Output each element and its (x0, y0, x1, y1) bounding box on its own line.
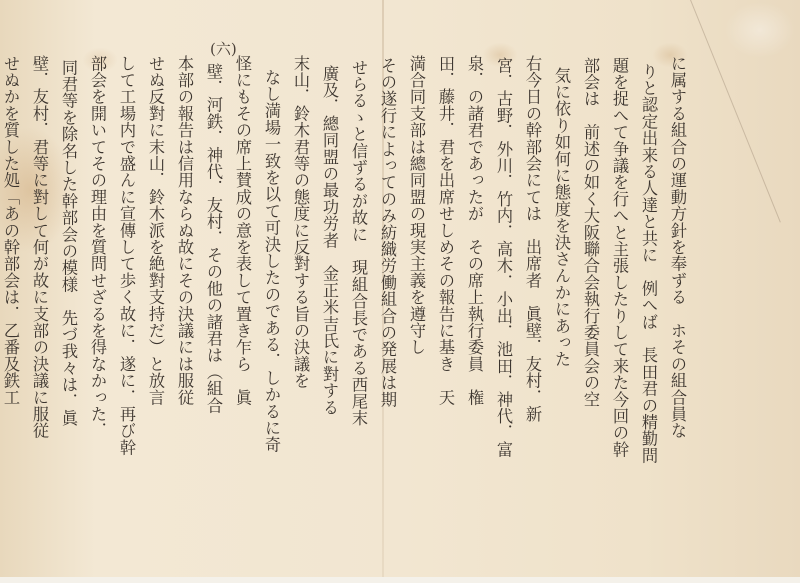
text-column: 本部の報告は信用ならぬ故にその決議には服従 (170, 55, 199, 485)
text-column: 同君等を除名した幹部会の模様 先づ我々は．眞 (54, 55, 83, 485)
text-column: 題を捉へて争議を行へと主張したりして来た今回の幹 (605, 55, 634, 485)
text-column: せぬ反對に末山．鈴木派を絶對支持だ）と放言 (141, 55, 170, 485)
text-column: その遂行によってのみ紡織労働組合の発展は期 (373, 55, 402, 485)
text-column: して工場内で盛んに宣傳して歩く故に．遂に．再び幹 (112, 55, 141, 485)
text-column: 怪にもその席上賛成の意を表して置き乍ら 眞 (228, 55, 257, 485)
text-column: 宮．古野．外川．竹内．高木．小出．池田．神代．富 (489, 55, 518, 485)
text-column: 部会を開いてその理由を質問せざるを得なかった． (83, 55, 112, 485)
text-column: りと認定出来る人達と共に 例へば 長田君の精勤問 (634, 55, 663, 485)
text-column: せぬかを質した処「あの幹部会は．乙番及鉄工 (0, 55, 25, 485)
text-column: 廣及．總同盟の最功労者 金正米吉氏に對する (315, 55, 344, 485)
text-column: 気に依り如何に態度を決さんかにあった (547, 55, 576, 485)
text-column: 泉．の諸君であったが その席上執行委員 権 (460, 55, 489, 485)
text-column: 右今日の幹部会にては 出席者 眞壁．友村．新 (518, 55, 547, 485)
text-column: せらるゝと信ずるが故に 現組合長である西尾末 (344, 55, 373, 485)
document-page: (六) に属する組合の運動方針を奉ずる ホその組合員な りと認定出来る人達と共に… (0, 0, 800, 583)
text-column: に属する組合の運動方針を奉ずる ホその組合員な (663, 55, 692, 485)
text-column: 壁．河鉄．神代．友村．その他の諸君は（組合 (199, 55, 228, 485)
text-column: なし満場一致を以て可決したのである．しかるに奇 (257, 55, 286, 485)
handwritten-text-block: に属する組合の運動方針を奉ずる ホその組合員な りと認定出来る人達と共に 例へば… (0, 55, 692, 485)
text-column: 末山．鈴木君等の態度に反對する旨の決議を (286, 55, 315, 485)
paper-crease (690, 0, 781, 223)
text-column: 満合同支部は總同盟の現実主義を遵守し (402, 55, 431, 485)
text-column: 田．藤井．君を出席せしめその報告に基き 天 (431, 55, 460, 485)
text-column: 壁．友村．君等に對して何が故に支部の決議に服従 (25, 55, 54, 485)
text-column: 部会は 前述の如く大阪聯合会執行委員会の空 (576, 55, 605, 485)
